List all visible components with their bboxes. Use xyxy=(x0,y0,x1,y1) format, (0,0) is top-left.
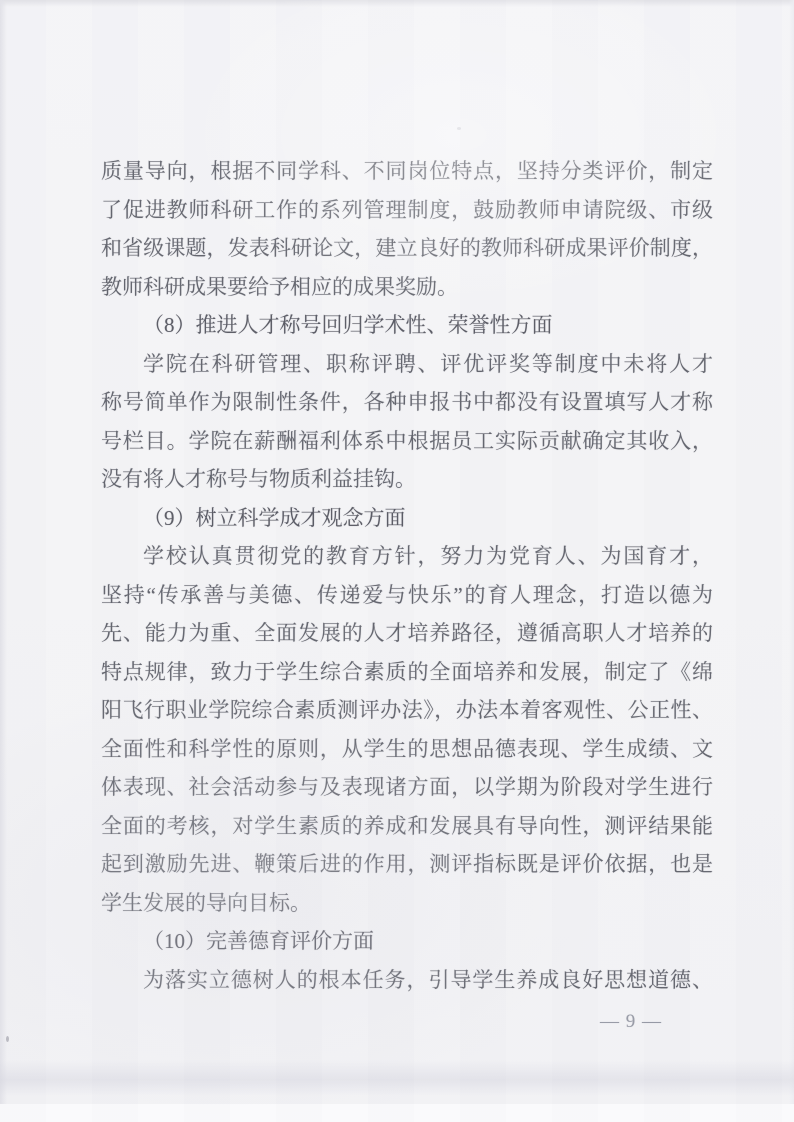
body-line: 特点规律，致力于学生综合素质的全面培养和发展，制定了《绵 xyxy=(101,653,713,692)
body-line: 学生发展的导向目标。 xyxy=(101,884,713,923)
section-heading-9: （9）树立科学成才观念方面 xyxy=(101,499,713,538)
body-line: 阳飞行职业学院综合素质测评办法》，办法本着客观性、公正性、 xyxy=(101,691,713,730)
body-line: 了促进教师科研工作的系列管理制度，鼓励教师申请院级、市级 xyxy=(101,191,713,230)
scan-shadow-band xyxy=(0,1060,794,1096)
body-line: 教师科研成果要给予相应的成果奖励。 xyxy=(101,268,713,307)
scan-edge-right xyxy=(789,0,794,1122)
scan-speck xyxy=(457,127,461,130)
scan-speck xyxy=(6,1036,9,1042)
body-line: 学校认真贯彻党的教育方针，努力为党育人、为国育才， xyxy=(101,537,713,576)
scan-edge-bottom xyxy=(0,1104,794,1122)
scanned-page: 质量导向，根据不同学科、不同岗位特点，坚持分类评价，制定 了促进教师科研工作的系… xyxy=(0,0,794,1122)
body-line: 体表现、社会活动参与及表现诸方面，以学期为阶段对学生进行 xyxy=(101,768,713,807)
body-line: 为落实立德树人的根本任务，引导学生养成良好思想道德、 xyxy=(101,961,713,1000)
body-line: 全面性和科学性的原则，从学生的思想品德表现、学生成绩、文 xyxy=(101,730,713,769)
scan-edge-left xyxy=(0,0,7,1122)
body-line: 没有将人才称号与物质利益挂钩。 xyxy=(101,460,713,499)
document-body: 质量导向，根据不同学科、不同岗位特点，坚持分类评价，制定 了促进教师科研工作的系… xyxy=(101,152,713,999)
body-line: 起到激励先进、鞭策后进的作用，测评指标既是评价依据，也是 xyxy=(101,845,713,884)
body-line: 先、能力为重、全面发展的人才培养路径，遵循高职人才培养的 xyxy=(101,614,713,653)
body-line: 号栏目。学院在薪酬福利体系中根据员工实际贡献确定其收入， xyxy=(101,422,713,461)
body-line: 质量导向，根据不同学科、不同岗位特点，坚持分类评价，制定 xyxy=(101,152,713,191)
scan-edge-top xyxy=(0,0,794,7)
section-heading-10: （10）完善德育评价方面 xyxy=(101,922,713,961)
body-line: 坚持“传承善与美德、传递爱与快乐”的育人理念，打造以德为 xyxy=(101,576,713,615)
body-line: 称号简单作为限制性条件，各种申报书中都没有设置填写人才称 xyxy=(101,383,713,422)
body-line: 学院在科研管理、职称评聘、评优评奖等制度中未将人才 xyxy=(101,345,713,384)
body-line: 和省级课题，发表科研论文，建立良好的教师科研成果评价制度， xyxy=(101,229,713,268)
section-heading-8: （8）推进人才称号回归学术性、荣誉性方面 xyxy=(101,306,713,345)
page-number: — 9 — xyxy=(586,1008,676,1036)
body-line: 全面的考核，对学生素质的养成和发展具有导向性，测评结果能 xyxy=(101,807,713,846)
